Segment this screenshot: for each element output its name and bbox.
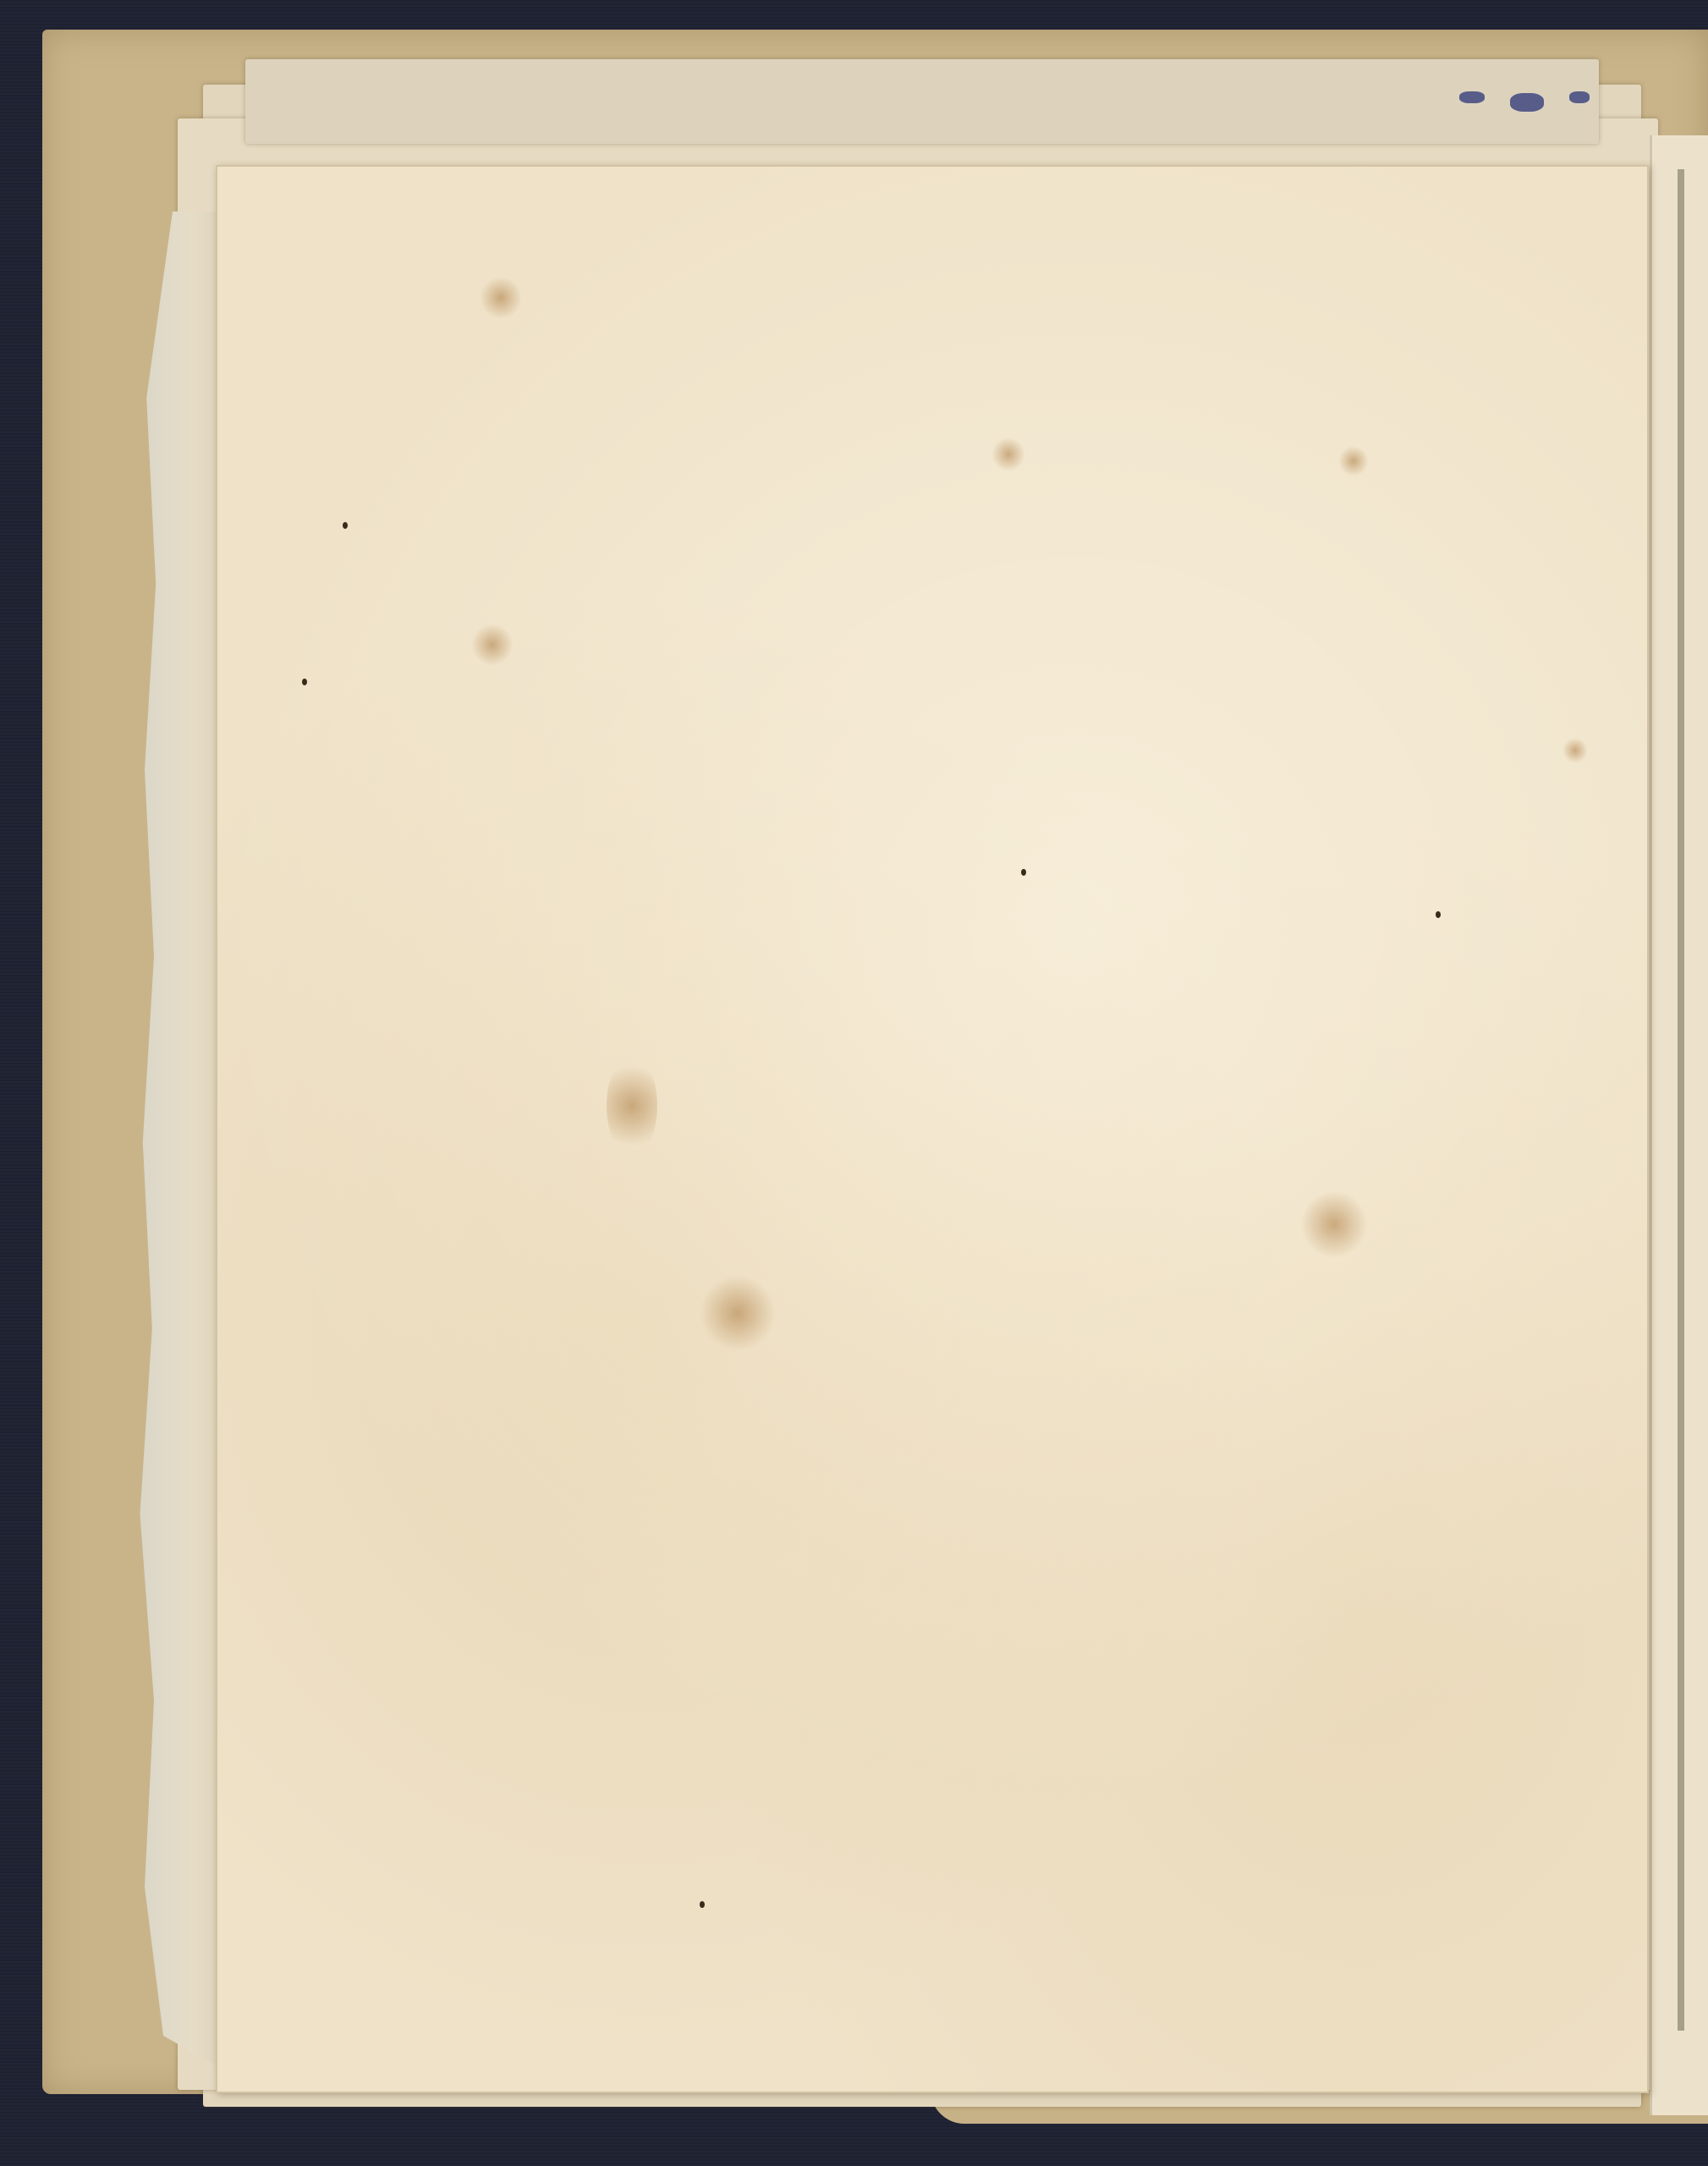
foxing-spot [1562, 738, 1588, 763]
ink-speck [302, 679, 307, 685]
foxing-spot [991, 437, 1025, 471]
blue-paper-fragment [1569, 91, 1590, 103]
document-page [216, 165, 1649, 2093]
ink-speck [1021, 869, 1026, 876]
foxing-spot [480, 277, 522, 319]
foxing-spot [1338, 446, 1369, 476]
ink-speck [700, 1901, 705, 1908]
right-binding-leaf [1650, 135, 1708, 2115]
foxing-spot [1300, 1190, 1368, 1258]
foxing-spot [607, 1055, 657, 1157]
ink-speck [1436, 911, 1441, 918]
foxing-spot [700, 1275, 776, 1351]
binding-fold-line [1678, 169, 1684, 2031]
ink-speck [343, 522, 348, 529]
top-stacked-sheet-edge [245, 59, 1599, 144]
foxing-spot [471, 624, 513, 666]
blue-paper-fragment [1510, 93, 1544, 112]
blue-paper-fragment [1459, 91, 1485, 103]
